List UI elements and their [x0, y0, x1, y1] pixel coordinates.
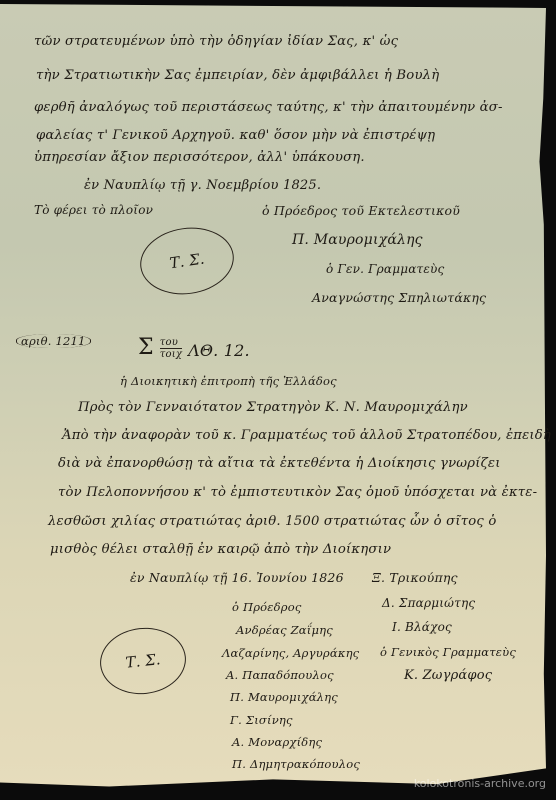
letter1-line-4: φαλείας τ' Γενικοῦ Αρχηγοῦ. καθ' ὅσον μὴ…	[36, 128, 435, 143]
letter1-line-2: τὴν Στρατιωτικὴν Σας ἐμπειρίαν, δὲν ἀμφι…	[36, 68, 439, 83]
letter2-issuer: ἡ Διοικητικὴ ἐπιτροπὴ τῆς Ἑλλάδος	[120, 374, 337, 388]
letter2-line-5: μισθὸς θέλει σταλθῇ ἐν καιρῷ ἀπὸ τὴν Διο…	[50, 542, 391, 557]
sig-left-3: Λαζαρίνης, Αργυράκης	[222, 646, 359, 660]
letter1-sig-secretary-name: Αναγνώστης Σπηλιωτάκης	[312, 290, 486, 305]
reference-number: αριθ. 1211	[16, 334, 91, 348]
sig-right-4: ὁ Γενικὸς Γραμματεὺς	[380, 645, 516, 659]
sig-right-5: Κ. Ζωγράφος	[404, 668, 492, 683]
letter1-note: Τὸ φέρει τὸ πλοῖον	[34, 203, 153, 217]
letter2-line-1: Ἀπὸ τὴν ἀναφορὰν τοῦ κ. Γραμματέως τοῦ ἀ…	[62, 428, 551, 443]
sig-left-1: ὁ Πρόεδρος	[232, 600, 302, 614]
letter2-heading: Σ του τοιχ ΛΘ. 12.	[138, 326, 250, 360]
sig-left-5: Π. Μαυρομιχάλης	[230, 690, 338, 704]
heading-stack: του τοιχ	[160, 337, 182, 360]
heading-superscript: του	[160, 337, 182, 349]
letter1-sig-name: Π. Μαυρομιχάλης	[292, 232, 423, 248]
sig-left-6: Γ. Σισίνης	[230, 713, 293, 727]
seal-label-2: Τ. Σ.	[125, 650, 162, 672]
letter1-date: ἐν Ναυπλίῳ τῇ γ. Νοεμβρίου 1825.	[84, 178, 321, 193]
sig-left-2: Ανδρέας Ζαΐμης	[236, 623, 333, 637]
sig-right-1: Ξ. Τρικούπης	[372, 570, 458, 585]
letter2-line-2: διὰ νὰ ἐπανορθώσῃ τὰ αἴτια τὰ ἐκτεθέντα …	[58, 456, 501, 471]
letter1-line-1: τῶν στρατευμένων ὑπὸ τὴν ὁδηγίαν ἰδίαν Σ…	[34, 34, 398, 49]
sig-right-2: Δ. Σπαρμιώτης	[382, 596, 475, 610]
archive-watermark: kolokotronis-archive.org	[414, 777, 546, 790]
sig-right-3: Ι. Βλάχος	[392, 620, 452, 634]
heading-initial: Σ	[138, 335, 154, 360]
letter1-sig-title: ὁ Πρόεδρος τοῦ Εκτελεστικοῦ	[262, 203, 460, 218]
heading-number: ΛΘ. 12.	[188, 341, 250, 360]
sig-left-7: Α. Μοναρχίδης	[232, 735, 322, 749]
letter1-sig-secretary-title: ὁ Γεν. Γραμματεὺς	[326, 262, 444, 276]
letter2-date: ἐν Ναυπλίῳ τῇ 16. Ἰουνίου 1826	[130, 570, 344, 585]
seal-label-1: Τ. Σ.	[168, 250, 205, 273]
letter2-line-4: λεσθῶσι χιλίας στρατιώτας ἀριθ. 1500 στρ…	[48, 514, 497, 529]
letter2-line-3: τὸν Πελοποννήσου κ' τὸ ἐμπιστευτικὸν Σας…	[58, 485, 537, 500]
letter1-line-5: ὑπηρεσίαν ἄξιον περισσότερον, ἀλλ' ὑπάκο…	[34, 150, 365, 165]
sig-left-4: Α. Παπαδόπουλος	[226, 668, 334, 682]
sig-left-8: Π. Δημητρακόπουλος	[232, 757, 360, 771]
letter1-line-3: φερθῆ ἀναλόγως τοῦ περιστάσεως ταύτης, κ…	[34, 100, 503, 115]
letter2-addressee: Πρὸς τὸν Γενναιότατον Στρατηγὸν Κ. Ν. Μα…	[78, 400, 468, 415]
heading-subscript: τοιχ	[160, 349, 182, 360]
